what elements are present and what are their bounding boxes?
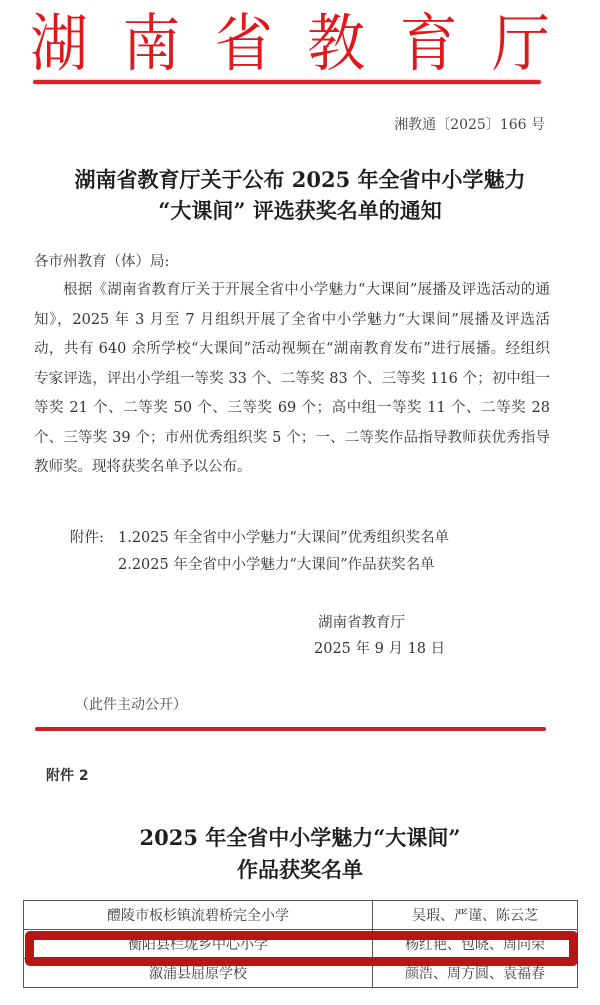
attachments-list: 附件: 1.2025 年全省中小学魅力“大课间”优秀组织奖名单 2.2025 年… bbox=[70, 525, 449, 579]
school-cell: 溆浦县屈原学校 bbox=[24, 959, 373, 988]
attachment-item-2: 2.2025 年全省中小学魅力“大课间”作品获奖名单 bbox=[70, 552, 449, 579]
attachment-text: 2.2025 年全省中小学魅力“大课间”作品获奖名单 bbox=[118, 552, 435, 579]
issuer-char: 育 bbox=[400, 0, 458, 83]
public-disclosure-note: （此件主动公开） bbox=[75, 694, 187, 714]
table-row-highlighted: 衡阳县栏垅乡中心小学 杨红艳、包晓、周向荣 bbox=[24, 930, 578, 959]
attachment-text: 1.2025 年全省中小学魅力“大课间”优秀组织奖名单 bbox=[118, 525, 449, 552]
award-table: 醴陵市板杉镇流碧桥完全小学 吴瑕、严谨、陈云芝 衡阳县栏垅乡中心小学 杨红艳、包… bbox=[23, 900, 578, 988]
table-row: 醴陵市板杉镇流碧桥完全小学 吴瑕、严谨、陈云芝 bbox=[24, 901, 578, 930]
issuer-char: 教 bbox=[307, 0, 365, 83]
issuer-char: 厅 bbox=[492, 0, 550, 83]
attachments-label: 附件: bbox=[70, 525, 118, 552]
addressee: 各市州教育（体）局: bbox=[34, 250, 169, 271]
signature-date: 2025 年 9 月 18 日 bbox=[314, 637, 445, 658]
notice-title: 湖南省教育厅关于公布 2025 年全省中小学魅力 “大课间” 评选获奖名单的通知 bbox=[20, 164, 580, 226]
body-paragraph: 根据《湖南省教育厅关于开展全省中小学魅力“大课间”展播及评选活动的通知》，202… bbox=[34, 276, 550, 483]
notice-title-line-1: 湖南省教育厅关于公布 2025 年全省中小学魅力 bbox=[20, 164, 580, 195]
issuer-char: 湖 bbox=[30, 0, 88, 83]
footer-red-rule bbox=[35, 727, 546, 731]
header-red-rule bbox=[33, 80, 541, 84]
signature-org: 湖南省教育厅 bbox=[318, 610, 405, 637]
teachers-cell: 颜浩、周方圆、袁福春 bbox=[373, 959, 578, 988]
award-list-title-line-2: 作品获奖名单 bbox=[20, 854, 580, 886]
award-list-title: 2025 年全省中小学魅力“大课间” 作品获奖名单 bbox=[20, 822, 580, 886]
attachment-item-1: 附件: 1.2025 年全省中小学魅力“大课间”优秀组织奖名单 bbox=[70, 525, 449, 552]
notice-body: 根据《湖南省教育厅关于开展全省中小学魅力“大课间”展播及评选活动的通知》，202… bbox=[34, 276, 550, 483]
notice-title-line-2: “大课间” 评选获奖名单的通知 bbox=[20, 195, 580, 226]
school-cell: 醴陵市板杉镇流碧桥完全小学 bbox=[24, 901, 373, 930]
attachment-2-label: 附件 2 bbox=[46, 765, 89, 785]
issuer-char: 省 bbox=[215, 0, 273, 83]
document-number: 湘教通〔2025〕166 号 bbox=[394, 114, 545, 134]
issuer-char: 南 bbox=[122, 0, 180, 83]
teachers-cell: 吴瑕、严谨、陈云芝 bbox=[373, 901, 578, 930]
teachers-cell: 杨红艳、包晓、周向荣 bbox=[373, 930, 578, 959]
issuer-title: 湖 南 省 教 育 厅 bbox=[30, 2, 550, 74]
award-list-title-line-1: 2025 年全省中小学魅力“大课间” bbox=[20, 822, 580, 854]
school-cell: 衡阳县栏垅乡中心小学 bbox=[24, 930, 373, 959]
table-row: 溆浦县屈原学校 颜浩、周方圆、袁福春 bbox=[24, 959, 578, 988]
